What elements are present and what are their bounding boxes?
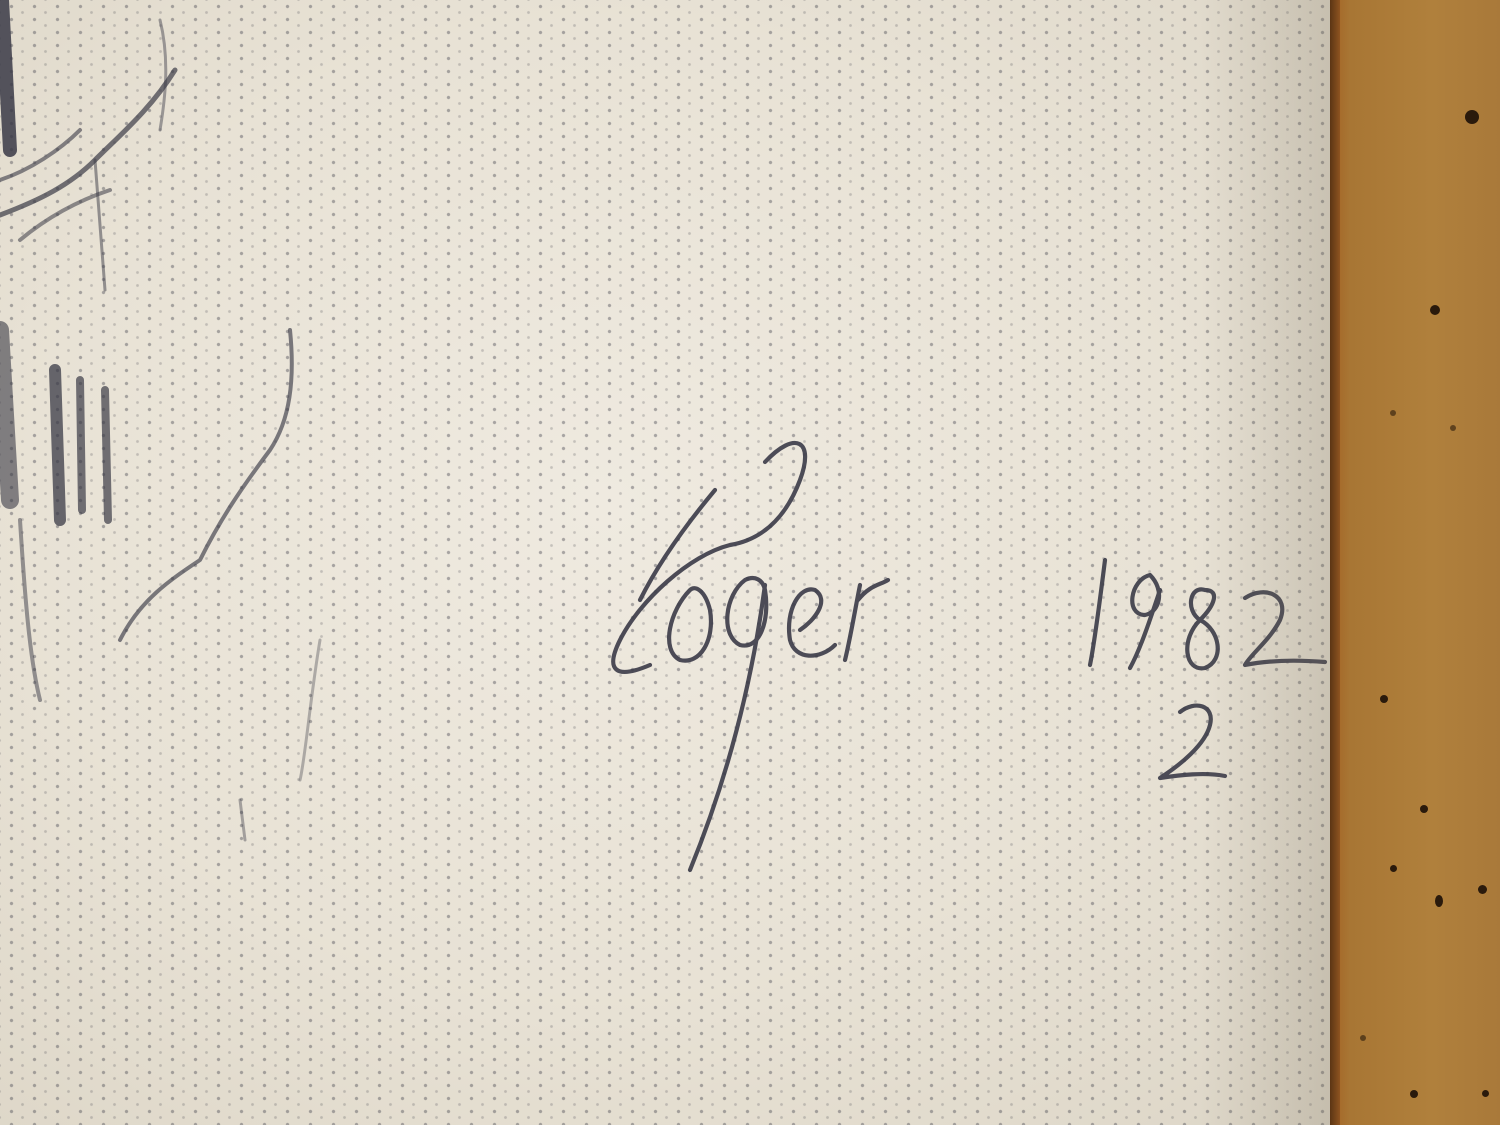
frame-speck xyxy=(1450,425,1456,431)
wooden-frame xyxy=(1330,0,1500,1125)
frame-speck xyxy=(1435,895,1443,907)
textured-paper: Coqer 1982 2 xyxy=(0,0,1340,1125)
frame-speck xyxy=(1430,305,1440,315)
artist-signature xyxy=(0,0,1340,1125)
frame-speck xyxy=(1465,110,1479,124)
frame-speck xyxy=(1482,1090,1489,1097)
frame-speck xyxy=(1410,1090,1418,1098)
frame-speck xyxy=(1360,1035,1366,1041)
frame-speck xyxy=(1420,805,1428,813)
paper-shadow xyxy=(1200,0,1340,1125)
frame-speck xyxy=(1380,695,1388,703)
frame-speck xyxy=(1478,885,1487,894)
frame-inner-edge xyxy=(1330,0,1340,1125)
frame-speck xyxy=(1390,865,1397,872)
frame-speck xyxy=(1390,410,1396,416)
